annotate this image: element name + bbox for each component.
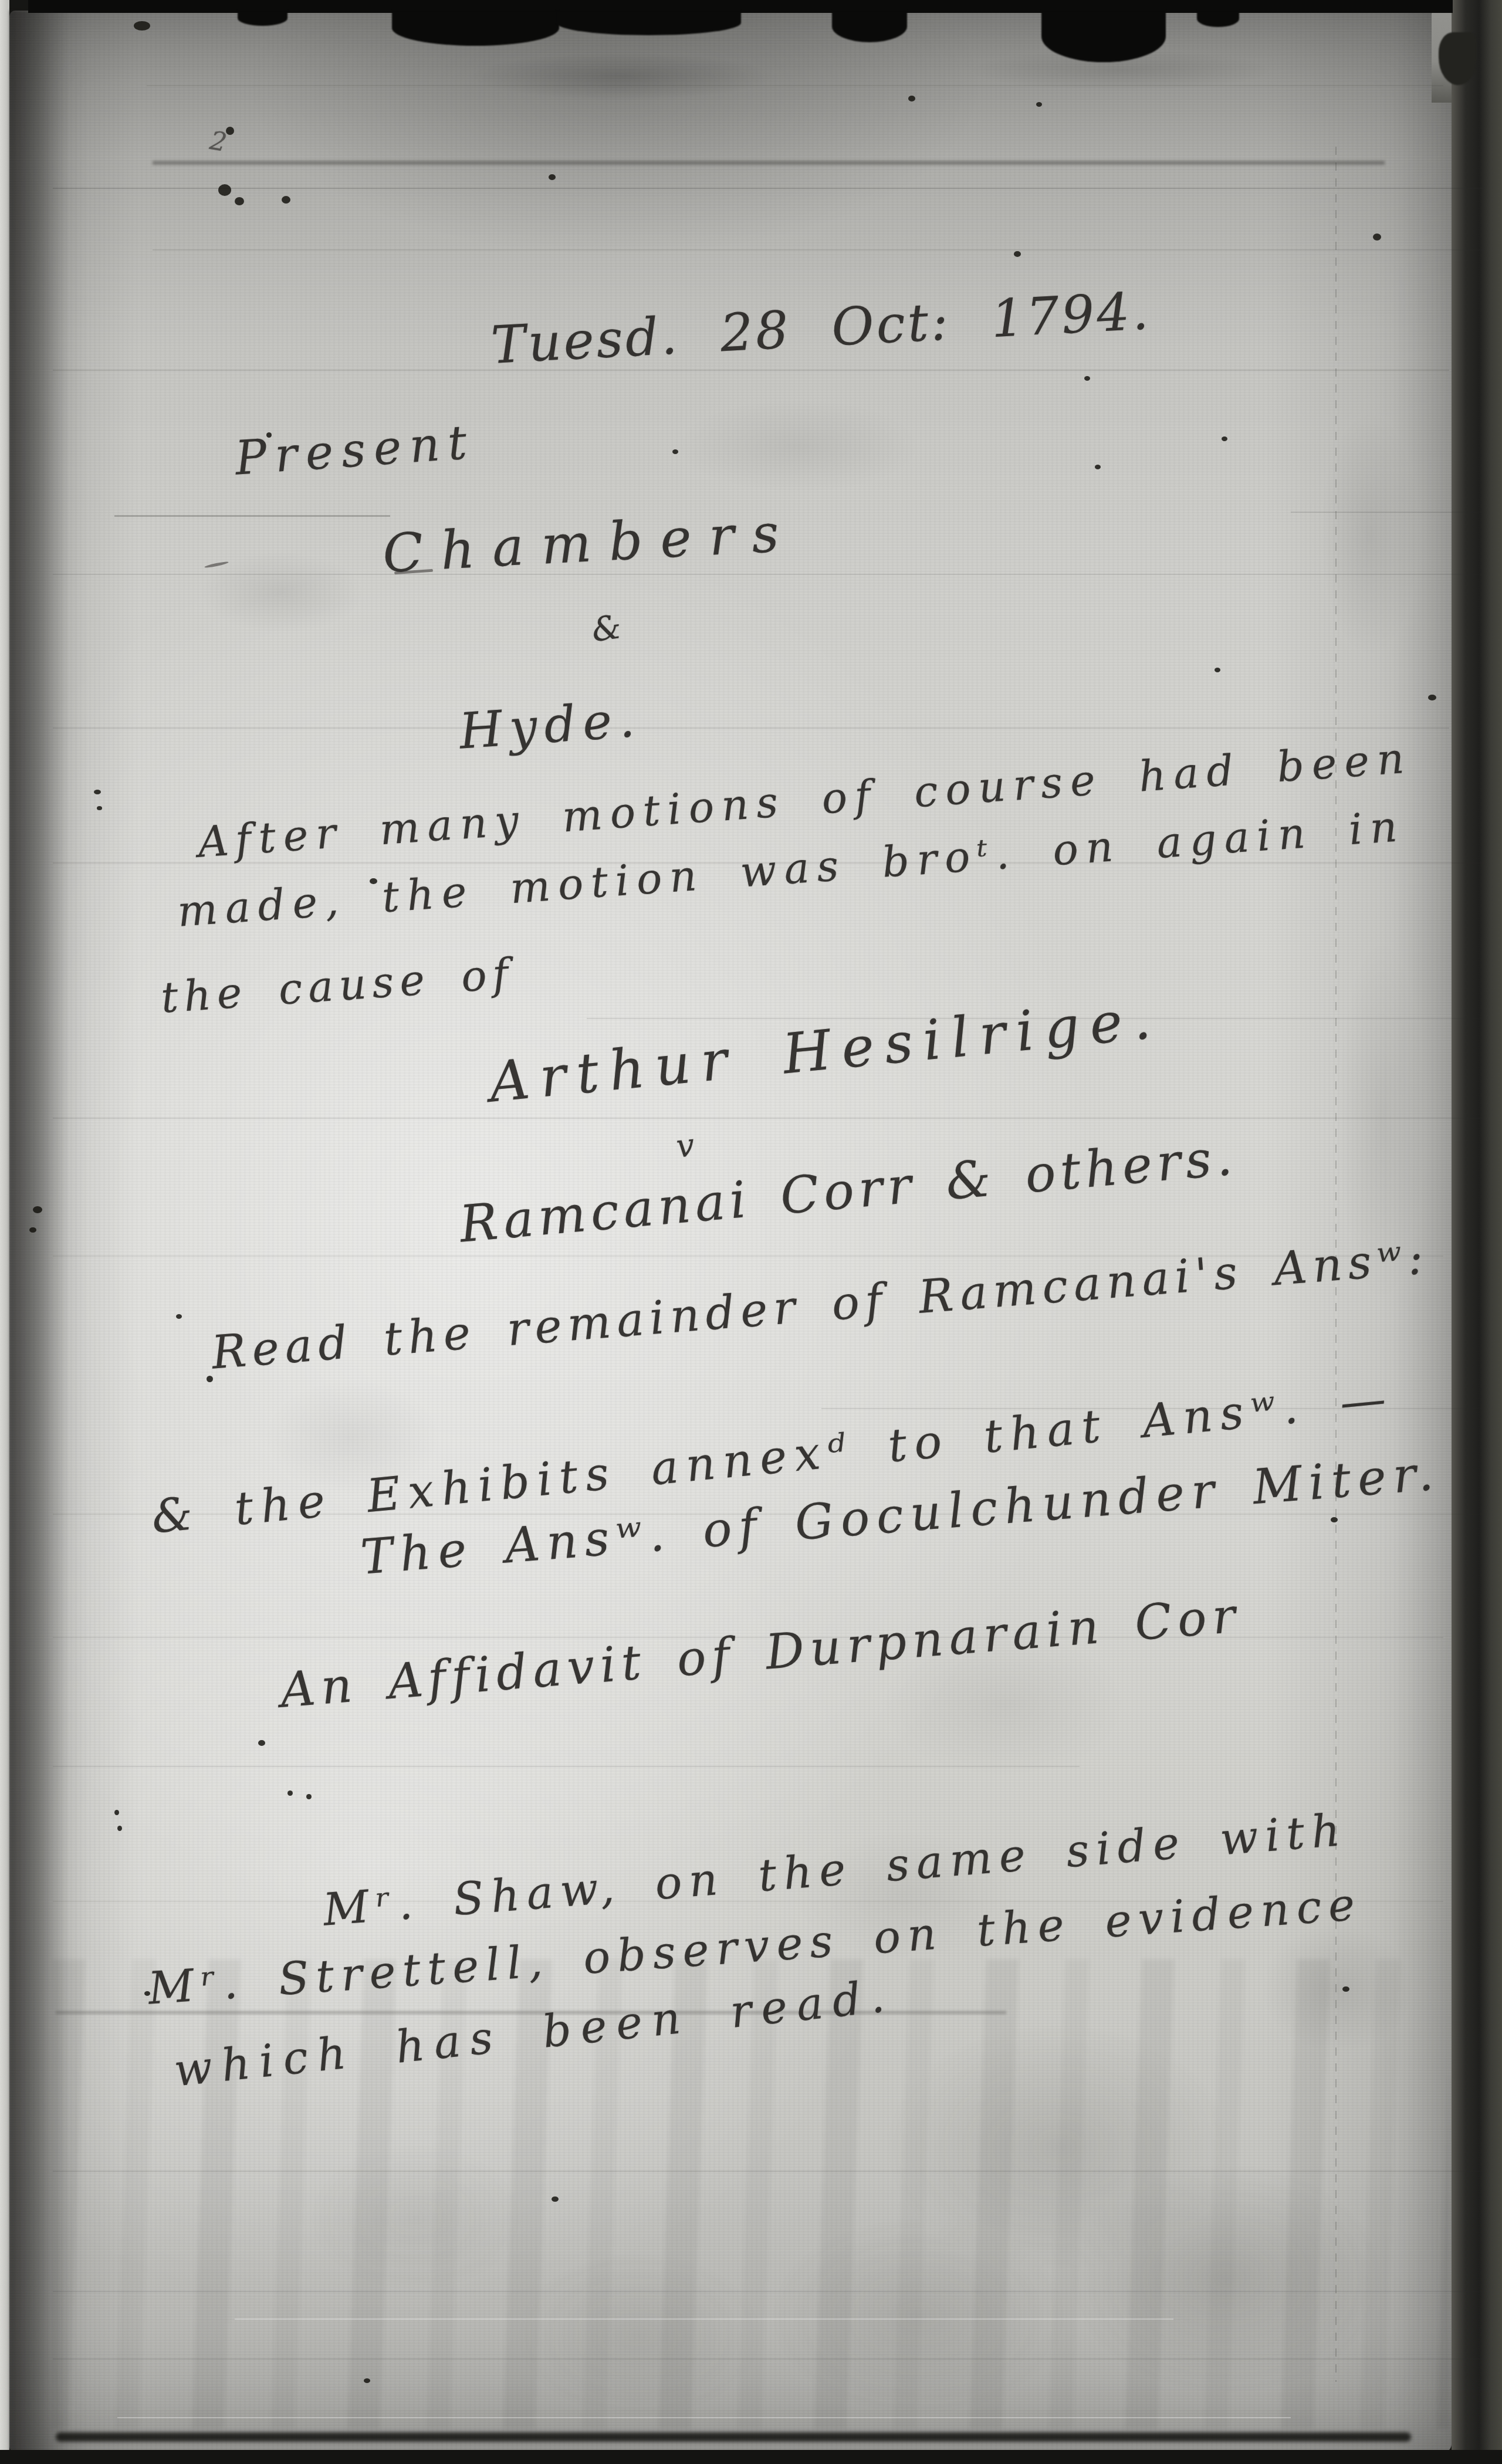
ink-speck [207,1376,213,1382]
ampersand: & [590,611,623,647]
ink-speck [364,2378,370,2383]
ink-speck [1428,695,1436,700]
page-bottom-edge [0,2450,1502,2464]
ink-speck [235,197,244,205]
top-edge-blot [1041,11,1166,62]
ink-speck [1342,1986,1349,1992]
ink-speck [117,1826,122,1831]
ink-speck [114,1810,119,1815]
ink-speck [258,1740,265,1746]
ink-speck [218,184,231,196]
ink-speck [672,449,678,454]
ink-speck [1331,1517,1338,1522]
manuscript-scan: 2 Tuesd. 28 Oct: 1794. Present Chambers … [0,0,1502,2464]
ink-speck [33,1206,42,1213]
top-edge-blot [392,11,559,46]
ink-speck [1373,233,1381,241]
ink-speck [97,806,102,810]
ink-speck [1095,465,1101,469]
ink-speck [908,96,915,101]
ink-speck [282,196,290,204]
top-edge-blot [1197,11,1239,27]
judge-name-hyde: Hyde. [458,694,643,756]
page-right-edge-shadow [1452,0,1502,2464]
ink-speck [94,790,101,794]
binding-gutter-shadow [9,11,68,2452]
ink-speck [549,174,556,180]
ink-speck [176,1314,182,1319]
ink-speck [29,1227,36,1233]
ink-speck [134,21,150,31]
ink-speck [1222,436,1227,441]
ink-speck [1036,102,1042,107]
page-bottom-curl-shadow [56,2432,1411,2442]
scan-left-sliver [0,0,9,2464]
page-edge-blot [1439,32,1476,85]
ink-speck [306,1794,312,1799]
ink-speck [1014,251,1021,257]
versus-mark: v [675,1129,696,1163]
ink-speck [287,1791,293,1796]
ink-speck [1084,376,1090,381]
ink-speck [1215,668,1220,672]
top-edge-blot [556,11,741,35]
top-edge-blot [832,11,907,42]
top-edge-blot [238,11,287,26]
ink-speck [552,2196,559,2202]
